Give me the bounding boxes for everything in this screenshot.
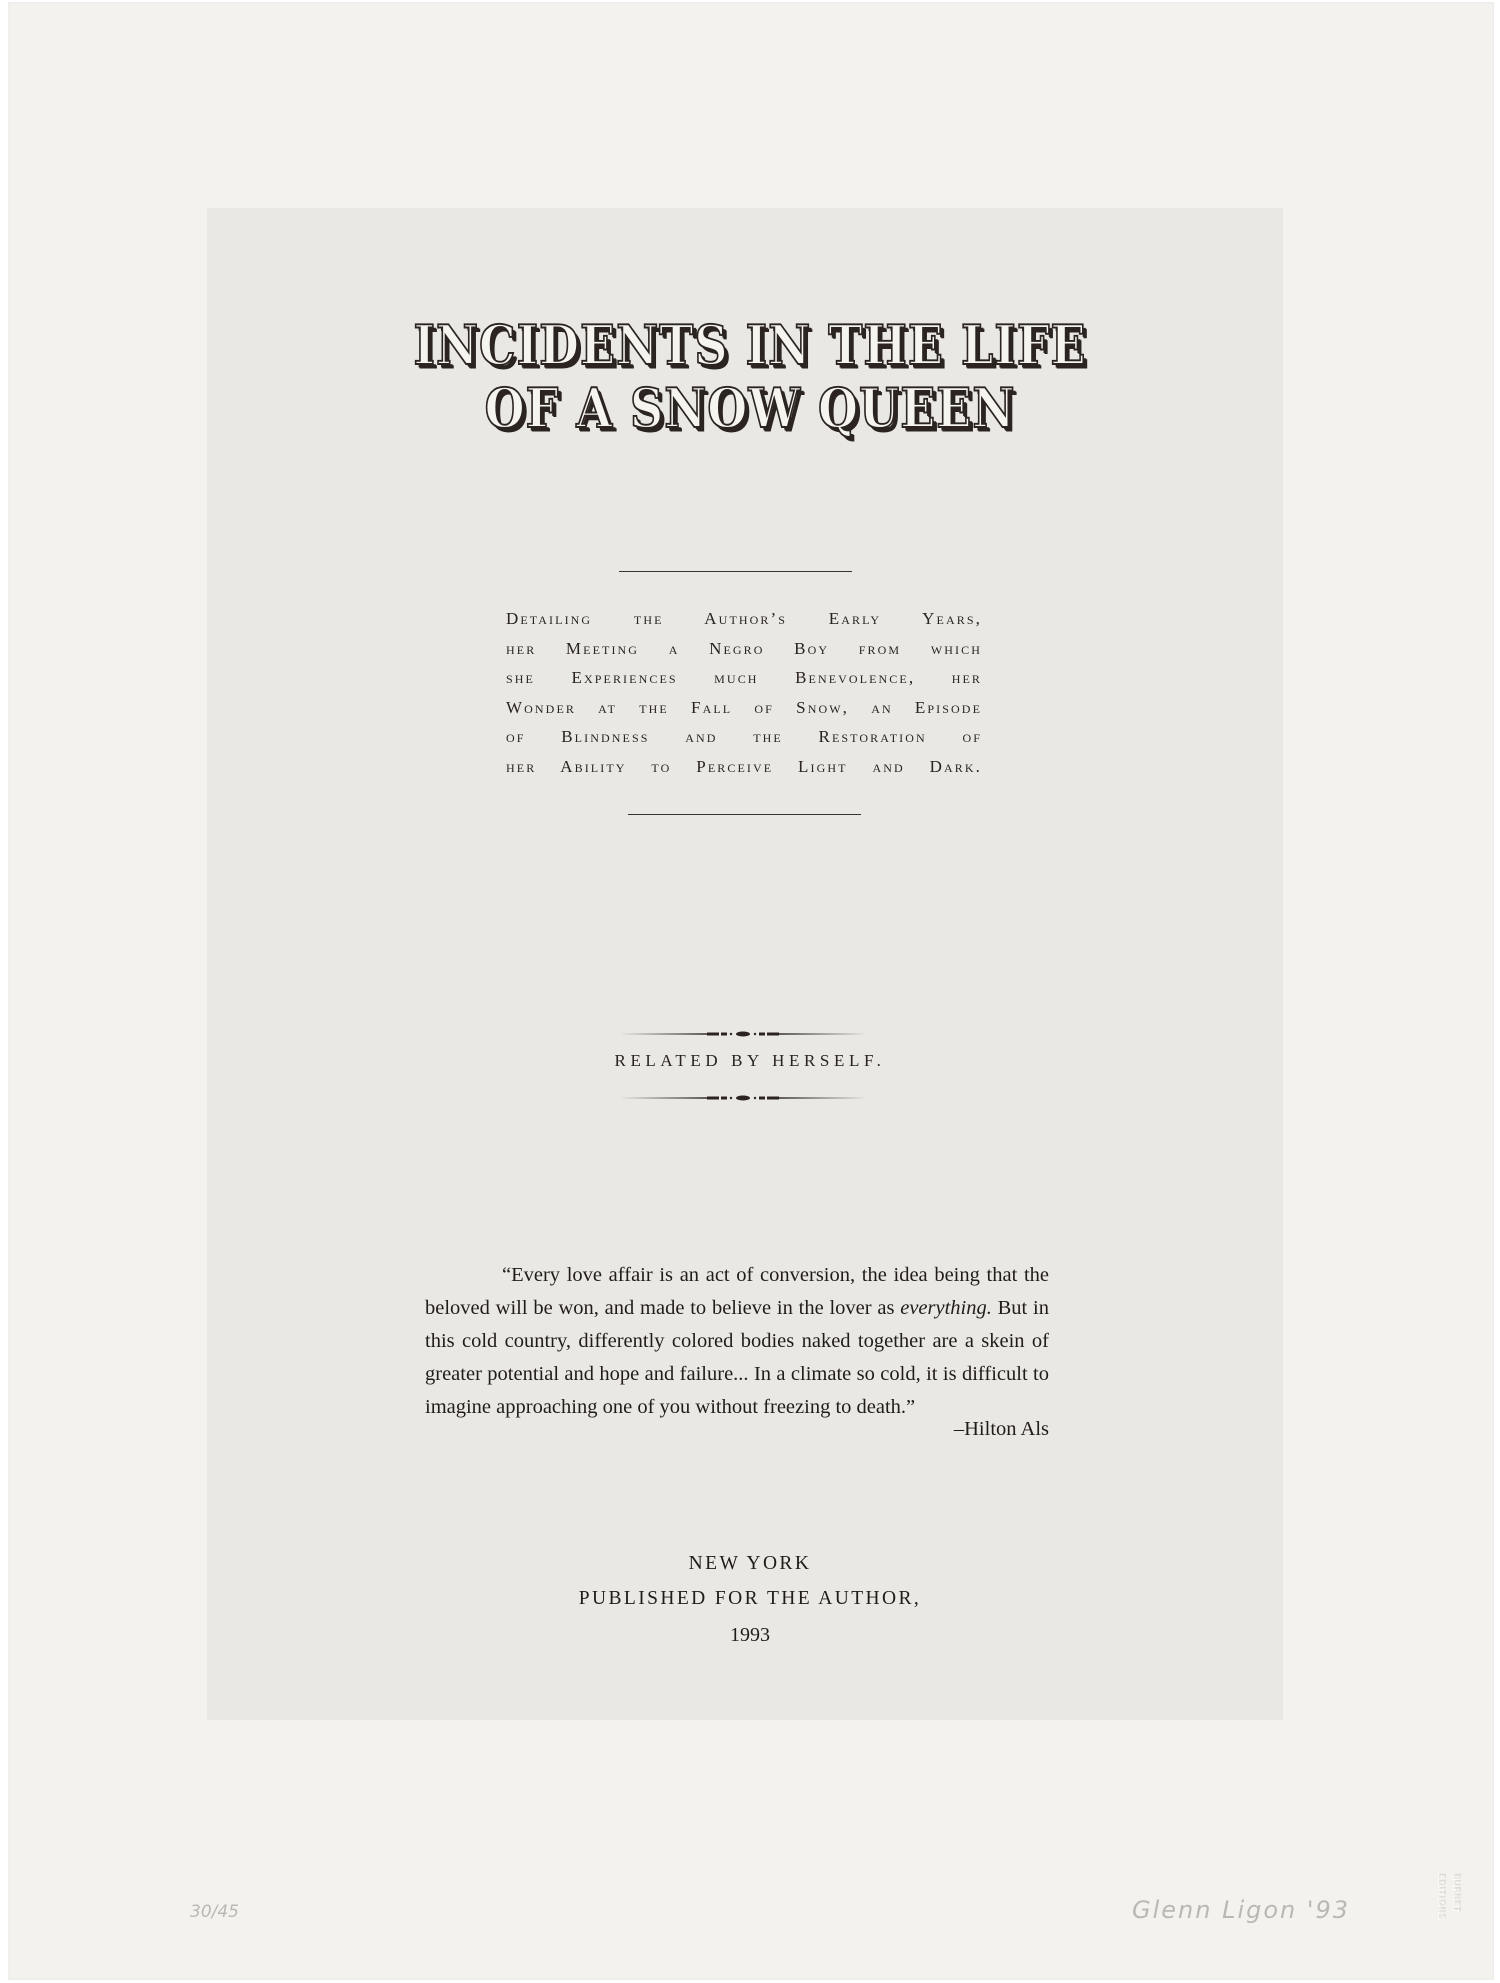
edition-number: 30/45 (190, 1902, 239, 1922)
imprint-year: 1993 (0, 1624, 1500, 1647)
subtitle-top-rule (619, 571, 852, 572)
imprint-publisher: PUBLISHED FOR THE AUTHOR, (0, 1588, 1500, 1610)
subtitle-line: her Ability to Perceive Light and Dark. (506, 752, 982, 782)
ornamental-rule-top (617, 1030, 869, 1038)
quote-paragraph: “Every love affair is an act of conversi… (425, 1259, 1049, 1424)
subtitle-line: of Blindness and the Restoration of (506, 722, 982, 752)
artist-signature: Glenn Ligon '93 (1132, 1896, 1350, 1924)
quote-attribution: –Hilton Als (425, 1418, 1049, 1441)
related-by-herself: RELATED BY HERSELF. (0, 1051, 1500, 1071)
ornamental-rule-bottom (617, 1094, 869, 1102)
blind-stamp: BURNET EDITIONS (1430, 1874, 1464, 1936)
subtitle-line: Wonder at the Fall of Snow, an Episode (506, 693, 982, 723)
subtitle-line: Detailing the Author’s Early Years, (506, 604, 982, 634)
subtitle-line: she Experiences much Benevolence, her (506, 663, 982, 693)
subtitle-line: her Meeting a Negro Boy from which (506, 634, 982, 664)
title-line-2: OF A SNOW QUEEN (0, 376, 1500, 440)
subtitle-block: Detailing the Author’s Early Years, her … (506, 604, 982, 782)
title-line-1: INCIDENTS IN THE LIFE (0, 313, 1500, 377)
imprint-city: NEW YORK (0, 1553, 1500, 1575)
quote-italic-word: everything. (900, 1297, 992, 1319)
subtitle-bottom-rule (628, 814, 861, 815)
